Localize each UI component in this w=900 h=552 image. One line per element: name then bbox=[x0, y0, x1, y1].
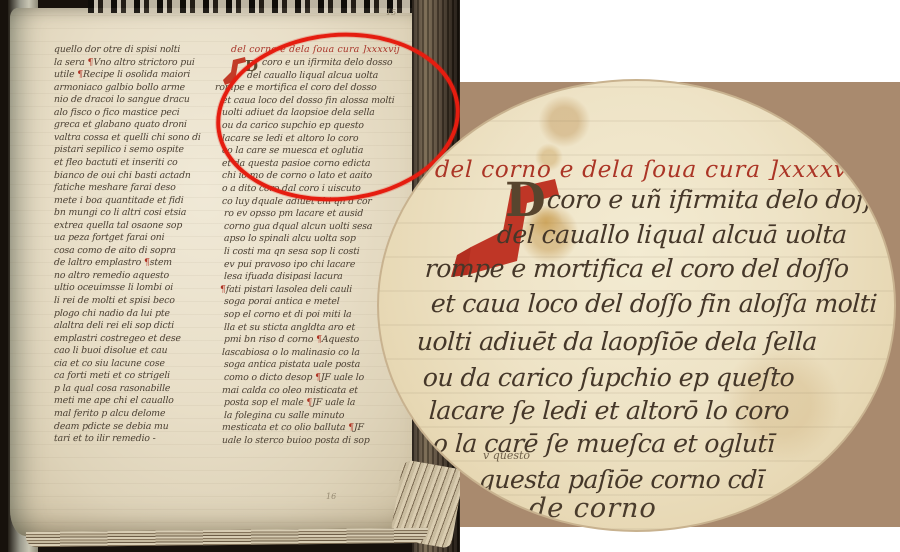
folio-number-bottom: 16 bbox=[326, 492, 336, 501]
manuscript-line: ev pui pravoso ipo chi lacare bbox=[224, 259, 356, 271]
magnified-manuscript-line: et caua loco del doſſo fin aloſſa molti bbox=[430, 289, 877, 318]
manuscript-line: mai calda co oleo misticata et bbox=[222, 385, 358, 397]
manuscript-line: ro ev opsso pm lacare et ausid bbox=[224, 208, 364, 220]
manuscript-line: meti me ape chi el cauallo bbox=[54, 395, 174, 407]
page-top-edges bbox=[88, 0, 436, 13]
manuscript-line: quello dor otre di spisi nolti bbox=[54, 44, 181, 56]
manuscript-line: mete i boa quantitade et fidi bbox=[54, 195, 184, 207]
magnified-manuscript-line: ou da carico ſupchio ep queſto bbox=[422, 363, 795, 392]
manuscript-line: ca forti meti et co strigeli bbox=[54, 370, 170, 382]
manuscript-line: deam pdicte se debia mu bbox=[54, 421, 169, 433]
manuscript-line: li costi ma qn sesa sop li costi bbox=[224, 246, 360, 258]
manuscript-line: li rei de molti et spisi beco bbox=[54, 295, 175, 307]
manuscript-line: armoniaco galbio bollo arme bbox=[54, 82, 185, 94]
manuscript-line: bn mungi co li altri cosi etsia bbox=[54, 207, 187, 219]
manuscript-line: greca et glabano quato droni bbox=[54, 119, 187, 131]
manuscript-line: de laltro emplastro ¶stem bbox=[54, 257, 172, 269]
manuscript-line: cao li buoi disolue et cau bbox=[54, 345, 168, 357]
manuscript-line: mesticata et co olio balluta ¶JF bbox=[222, 422, 364, 434]
folio-number-top: 15 bbox=[386, 8, 396, 17]
manuscript-line: fatiche meshare farai deso bbox=[54, 182, 176, 194]
manuscript-line: la folegina cu salle minuto bbox=[224, 410, 345, 422]
magnified-manuscript-line: lacare ſe ledi et altorō lo coro bbox=[428, 396, 790, 425]
magnified-manuscript-line: del cauallo liqual alcuā uolta bbox=[496, 220, 847, 249]
manuscript-line: et fleo bactuti et inseriti co bbox=[54, 157, 178, 169]
manuscript-line: extrea quella tal osaone sop bbox=[54, 220, 183, 232]
manuscript-line: como o dicto desop ¶JF uale lo bbox=[224, 372, 364, 384]
manuscript-line: alo fisco o fico mastice peci bbox=[54, 107, 180, 119]
magnified-partial-line: de corno bbox=[528, 493, 657, 524]
manuscript-line: uale lo sterco buioo posta di sop bbox=[222, 435, 370, 447]
manuscript-line: soga porai antica e metel bbox=[224, 296, 340, 308]
manuscript-line: sop el corno et di poi miti la bbox=[224, 309, 352, 321]
interlinear-gloss: v questo bbox=[483, 449, 530, 462]
manuscript-line: pmi bn riso d corno ¶Aquesto bbox=[224, 334, 359, 346]
manuscript-line: lla et su sticta angldta aro et bbox=[224, 322, 355, 334]
composition: 15 16 quello dor otre di spisi noltila s… bbox=[0, 0, 900, 552]
manuscript-line: p la qual cosa rasonabille bbox=[54, 383, 171, 395]
magnified-manuscript-line: uolti adiuēt da laopſiōe dela ſella bbox=[416, 327, 817, 356]
manuscript-line: valtra cossa et quelli chi sono di bbox=[54, 132, 201, 144]
manuscript-line: cia et co siu lacune cose bbox=[54, 358, 165, 370]
manuscript-line: lesa ifuada disipasi lacura bbox=[224, 271, 343, 283]
manuscript-line: cosa como de aito di sopra bbox=[54, 245, 176, 257]
manuscript-line: lascabiosa o lo malinasio co la bbox=[222, 347, 360, 359]
manuscript-line: soga antica pistata uale posta bbox=[224, 359, 360, 371]
magnifier-oval: del corno e dela ſoua cura ]xxxxvij D co… bbox=[377, 79, 896, 532]
magnified-manuscript-line: coro e uñ ifirmita delo doſſo bbox=[546, 185, 888, 214]
manuscript-line: mal ferito p alcu delome bbox=[54, 408, 166, 420]
manuscript-line: bianco de oui chi basti actadn bbox=[54, 170, 191, 182]
manuscript-line: apso lo spinali alcu uolta sop bbox=[224, 233, 356, 245]
manuscript-line: tari et to ilir remedio - bbox=[54, 433, 156, 445]
manuscript-line: no altro remedio aquesto bbox=[54, 270, 169, 282]
page-bottom-edges bbox=[26, 528, 428, 547]
magnified-manuscript-line: questa paſiōe corno cdī bbox=[478, 465, 765, 494]
manuscript-line: ¶fati pistari lasolea deli cauli bbox=[220, 284, 352, 296]
manuscript-line: nio de dracoi lo sangue dracu bbox=[54, 94, 190, 106]
magnified-initial-letter: D bbox=[505, 177, 546, 224]
manuscript-line: emplastri costregeo et dese bbox=[54, 333, 181, 345]
manuscript-line: alaltra deli rei eli sop dicti bbox=[54, 320, 174, 332]
manuscript-line: ultio oceuimsse li lombi oi bbox=[54, 282, 173, 294]
manuscript-line: posta sop el male ¶JF uale la bbox=[224, 397, 356, 409]
manuscript-line: la sera ¶Vno altro strictoro pui bbox=[54, 57, 195, 69]
manuscript-line: utile ¶Recipe li osolida maiori bbox=[54, 69, 191, 81]
magnified-manuscript-line: rompe e mortifica el coro del doſſo bbox=[424, 254, 849, 283]
manuscript-line: ua peza fortget farai oni bbox=[54, 232, 165, 244]
manuscript-line: pistari sepilico i semo ospite bbox=[54, 144, 184, 156]
manuscript-line: corno gua dqual alcun uolti sesa bbox=[224, 221, 373, 233]
manuscript-line: plogo chi nadio da lui pte bbox=[54, 308, 170, 320]
